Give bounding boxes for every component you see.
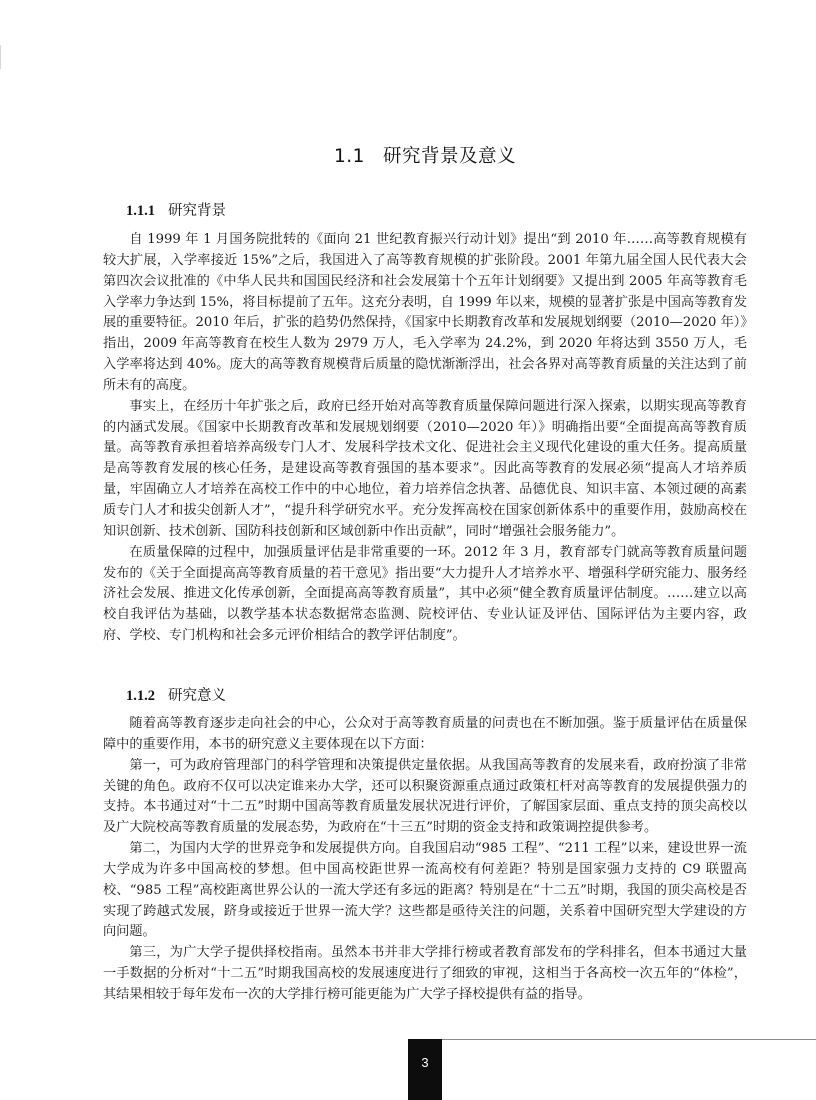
page-edge-mark [0, 45, 1, 69]
section-number: 1.1 [334, 146, 365, 167]
footer-rule [442, 1039, 816, 1040]
page-number-tab: 3 [408, 1039, 442, 1100]
subsection-number: 1.1.1 [126, 203, 155, 219]
paragraph: 第二，为国内大学的世界竞争和发展提供方向。自我国启动“985 工程”、“211 … [103, 839, 747, 943]
paragraph: 事实上，在经历十年扩张之后，政府已经开始对高等教育质量保障问题进行深入探索，以期… [103, 397, 747, 543]
paragraph: 第一，可为政府管理部门的科学管理和决策提供定量依据。从我国高等教育的发展来看，政… [103, 756, 747, 839]
paragraph: 自 1999 年 1 月国务院批转的《面向 21 世纪教育振兴行动计划》提出“到… [103, 230, 747, 397]
subsection-title-text: 研究意义 [168, 688, 226, 704]
significance-body: 随着高等教育逐步走向社会的中心，公众对于高等教育质量的问责也在不断加强。鉴于质量… [103, 714, 747, 1006]
background-body: 自 1999 年 1 月国务院批转的《面向 21 世纪教育振兴行动计划》提出“到… [103, 230, 747, 647]
paragraph: 在质量保障的过程中，加强质量评估是非常重要的一环。2012 年 3 月，教育部专… [103, 543, 747, 647]
page-number: 3 [421, 1055, 428, 1070]
subsection-heading-significance: 1.1.2研究意义 [126, 684, 226, 705]
subsection-heading-background: 1.1.1研究背景 [126, 199, 226, 220]
paragraph: 第三，为广大学子提供择校指南。虽然本书并非大学排行榜或者教育部发布的学科排名，但… [103, 943, 747, 1006]
section-title-text: 研究背景及意义 [383, 146, 516, 167]
subsection-title-text: 研究背景 [168, 203, 226, 219]
section-heading: 1.1研究背景及意义 [103, 142, 747, 168]
paragraph: 随着高等教育逐步走向社会的中心，公众对于高等教育质量的问责也在不断加强。鉴于质量… [103, 714, 747, 756]
subsection-number: 1.1.2 [126, 688, 155, 704]
